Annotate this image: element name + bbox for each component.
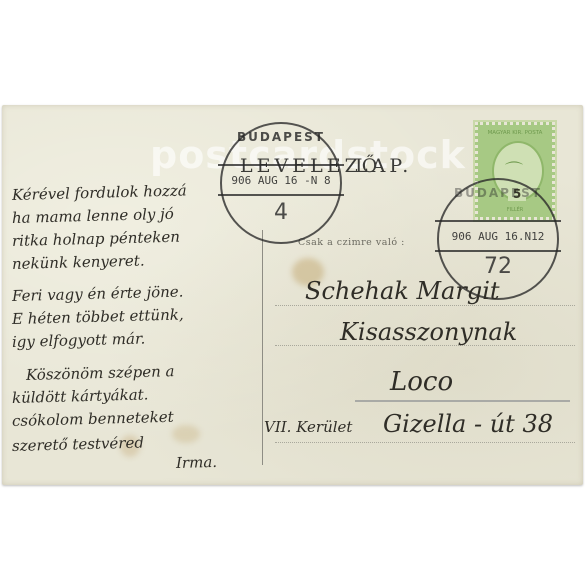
recipient-district: VII. Kerület — [264, 418, 352, 436]
postmark-bar — [218, 194, 344, 196]
postmark-number: 4 — [222, 200, 340, 225]
address-line — [275, 442, 575, 443]
address-line — [355, 400, 570, 402]
postmark-date: 906 AUG 16 -N 8 — [222, 174, 340, 187]
message-line: szerető testvéred — [12, 434, 144, 455]
heading-right: LAP. — [355, 155, 412, 177]
postmark-1: BUDAPEST 906 AUG 16 -N 8 4 — [220, 122, 342, 244]
signature: Irma. — [176, 453, 217, 472]
divider — [262, 230, 263, 465]
address-notice: Csak a czimre való : — [298, 237, 405, 248]
postmark-city: BUDAPEST — [439, 186, 557, 200]
stain — [172, 425, 200, 443]
message-line: nekünk kenyeret. — [12, 252, 145, 273]
message-line: igy elfogyott már. — [12, 330, 146, 351]
stamp-header: MAGYAR KIR. POSTA — [478, 130, 552, 136]
postmark-city: BUDAPEST — [222, 130, 340, 144]
recipient-name: Schehak Margit — [305, 277, 500, 305]
postmark-bar — [218, 164, 344, 166]
postmark-number: 72 — [439, 254, 557, 279]
message-line: küldött kártyákat. — [12, 385, 149, 407]
postmark-bar — [435, 220, 561, 222]
postmark-bar — [435, 250, 561, 252]
address-line — [275, 305, 575, 306]
recipient-city: Loco — [390, 367, 453, 397]
postmark-date: 906 AUG 16.N12 — [439, 230, 557, 243]
recipient-street: Gizella - út 38 — [383, 410, 553, 438]
recipient-title: Kisasszonynak — [340, 318, 517, 346]
